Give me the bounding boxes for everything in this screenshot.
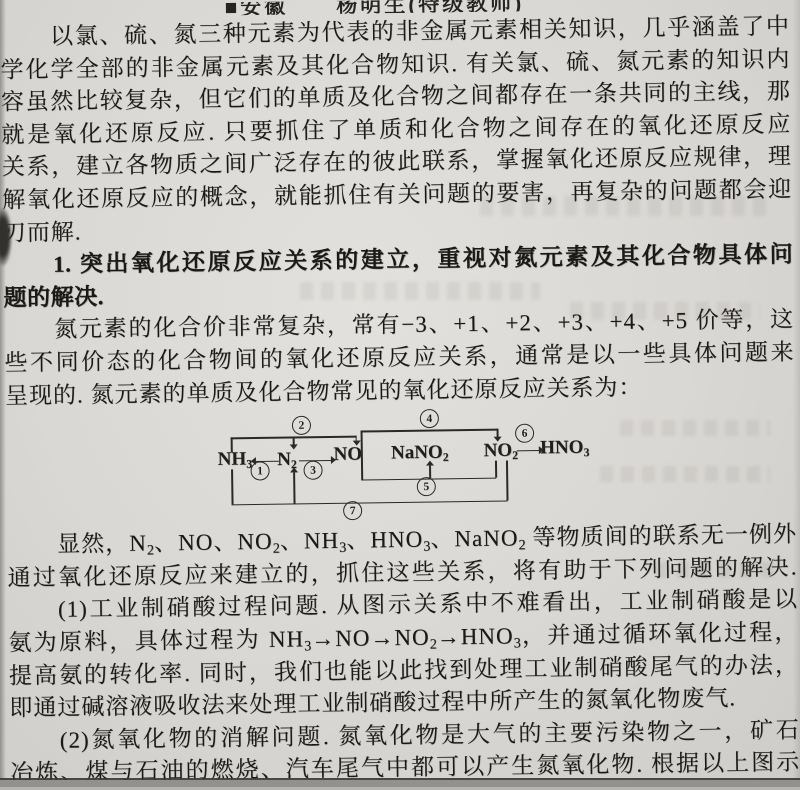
path-step7-left-drop <box>231 469 233 504</box>
path-step2-left-riser <box>231 437 233 452</box>
arrow-no2-to-hno3 <box>517 450 540 452</box>
step-label-6: 6 <box>515 424 534 443</box>
arrowhead-right-icon <box>539 446 544 454</box>
bleed-through-artifact <box>570 302 760 320</box>
step-label-3: 3 <box>303 461 322 480</box>
bleed-through-artifact <box>620 420 770 436</box>
arrowhead-up-icon <box>290 468 298 473</box>
bleed-through-artifact <box>480 196 770 216</box>
arrowhead-down-icon <box>494 437 502 442</box>
arrowhead-down-icon <box>290 445 298 450</box>
species-no2: NO2 <box>483 440 518 464</box>
path-no-side-riser <box>361 431 363 480</box>
body-text: 以氯、硫、氮三种元素为代表的非金属元素相关知识，几乎涵盖了中学化学全部的非金属元… <box>0 0 800 790</box>
species-nh3: NH3 <box>218 449 253 473</box>
species-nano2: NaNO2 <box>391 442 449 466</box>
species-no: NO <box>333 444 362 466</box>
step-label-5: 5 <box>417 477 436 496</box>
page-content: ■安徽 杨明生(特级教师) 以氯、硫、氮三种元素为代表的非金属元素相关知识，几乎… <box>0 0 800 790</box>
path-step4-top <box>361 429 498 432</box>
step-label-4: 4 <box>420 409 439 428</box>
bleed-through-artifact <box>600 466 770 482</box>
species-hno3: HNO3 <box>540 437 589 461</box>
path-step5-no2-drop <box>495 461 497 478</box>
body-text-lower: 显然，N2、NO、NO2、NH3、HNO3、NaNO2 等物质间的联系无一例外都… <box>7 519 800 790</box>
arrowhead-up-icon <box>426 461 434 466</box>
step-label-1: 1 <box>250 461 269 480</box>
step-label-7: 7 <box>343 501 362 520</box>
path-step7-no2-drop <box>506 461 508 501</box>
bleed-through-artifact <box>300 282 540 300</box>
step-label-2: 2 <box>292 416 311 435</box>
scan-edge-left <box>0 0 6 790</box>
scan-edge-bottom <box>0 778 800 790</box>
path-step7-rise-to-n2 <box>293 473 295 504</box>
arrowhead-down-icon <box>352 441 360 446</box>
scanned-textbook-page: ■安徽 杨明生(特级教师) 以氯、硫、氮三种元素为代表的非金属元素相关知识，几乎… <box>0 0 800 790</box>
bleed-through-artifact <box>655 562 775 578</box>
arrowhead-right-icon <box>331 456 336 464</box>
scan-edge-right <box>793 0 800 790</box>
path-step7-bottom <box>232 500 508 505</box>
